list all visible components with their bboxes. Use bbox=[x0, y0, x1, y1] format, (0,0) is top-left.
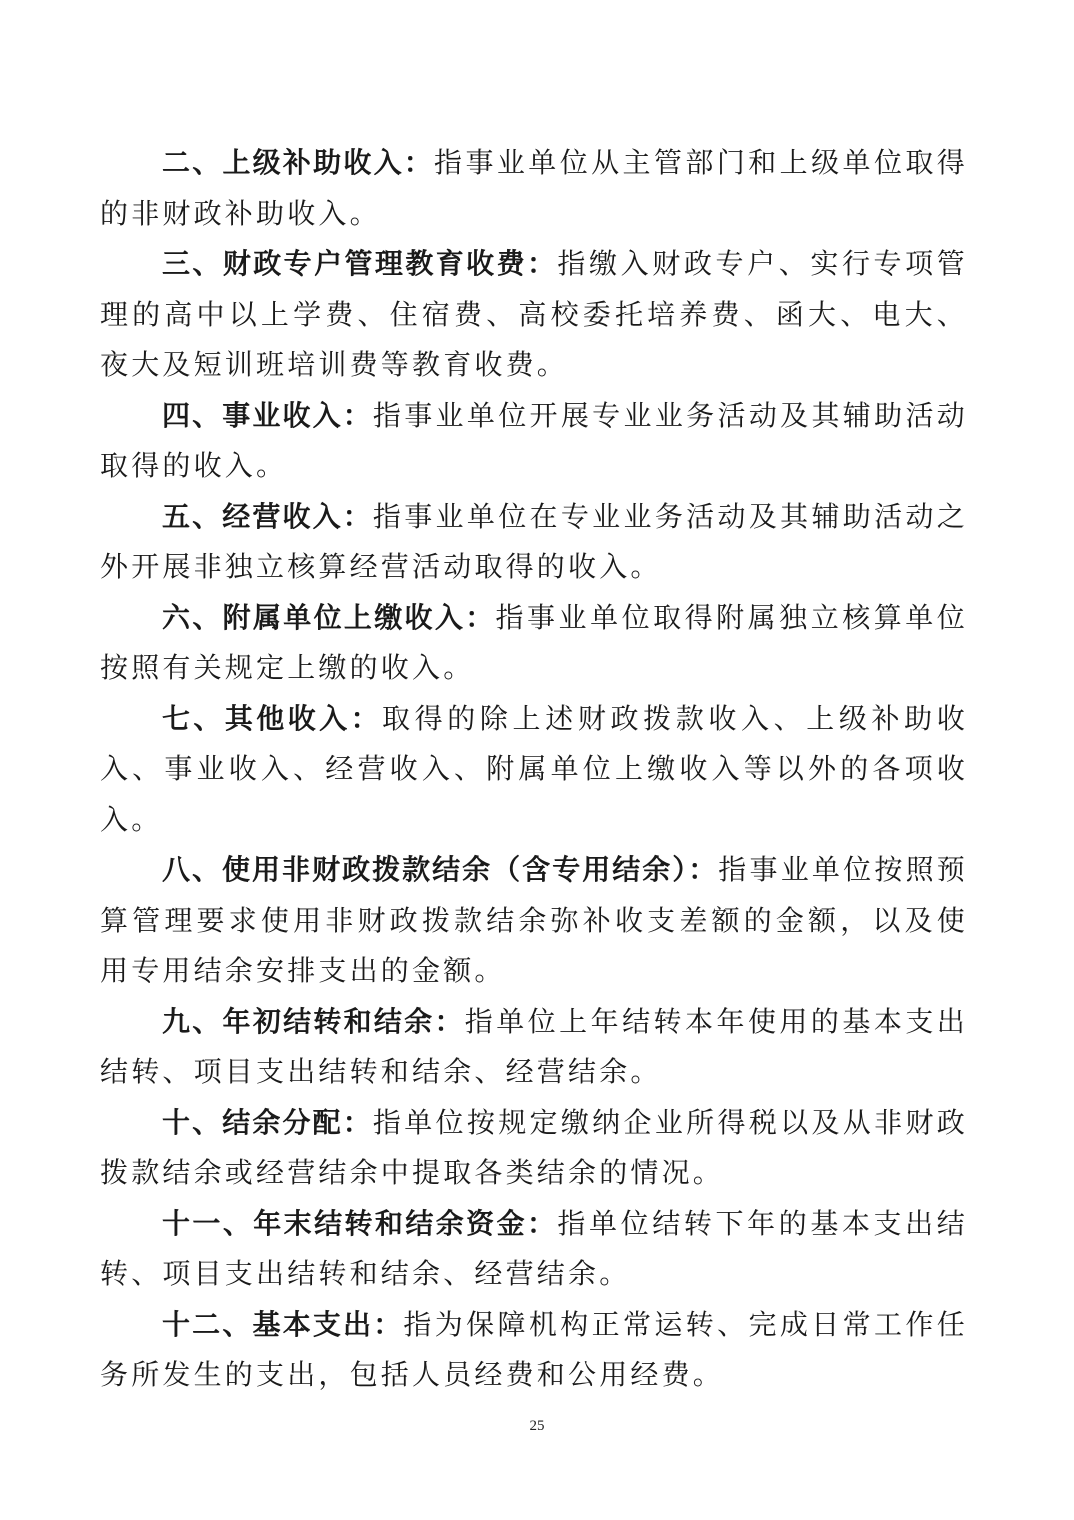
term-heading: 六、附属单位上缴收入： bbox=[162, 601, 496, 634]
definition-paragraph: 七、其他收入：取得的除上述财政拨款收入、上级补助收入、事业收入、经营收入、附属单… bbox=[100, 694, 968, 846]
term-heading: 七、其他收入： bbox=[162, 702, 382, 735]
definition-paragraph: 十二、基本支出：指为保障机构正常运转、完成日常工作任务所发生的支出，包括人员经费… bbox=[100, 1300, 968, 1401]
document-body: 二、上级补助收入：指事业单位从主管部门和上级单位取得的非财政补助收入。 三、财政… bbox=[100, 138, 968, 1401]
term-heading: 九、年初结转和结余： bbox=[162, 1005, 465, 1038]
definition-paragraph: 六、附属单位上缴收入：指事业单位取得附属独立核算单位按照有关规定上缴的收入。 bbox=[100, 593, 968, 694]
definition-paragraph: 五、经营收入：指事业单位在专业业务活动及其辅助活动之外开展非独立核算经营活动取得… bbox=[100, 492, 968, 593]
definition-paragraph: 十一、年末结转和结余资金：指单位结转下年的基本支出结转、项目支出结转和结余、经营… bbox=[100, 1199, 968, 1300]
term-heading: 十二、基本支出： bbox=[162, 1308, 403, 1341]
definition-paragraph: 九、年初结转和结余：指单位上年结转本年使用的基本支出结转、项目支出结转和结余、经… bbox=[100, 997, 968, 1098]
term-heading: 十一、年末结转和结余资金： bbox=[162, 1207, 557, 1240]
definition-paragraph: 三、财政专户管理教育收费：指缴入财政专户、实行专项管理的高中以上学费、住宿费、高… bbox=[100, 239, 968, 391]
term-heading: 三、财政专户管理教育收费： bbox=[162, 247, 557, 280]
document-page: 二、上级补助收入：指事业单位从主管部门和上级单位取得的非财政补助收入。 三、财政… bbox=[0, 0, 1074, 1520]
term-heading: 八、使用非财政拨款结余（含专用结余）： bbox=[162, 853, 718, 886]
term-heading: 二、上级补助收入： bbox=[162, 146, 434, 179]
definition-paragraph: 八、使用非财政拨款结余（含专用结余）：指事业单位按照预算管理要求使用非财政拨款结… bbox=[100, 845, 968, 997]
definition-paragraph: 二、上级补助收入：指事业单位从主管部门和上级单位取得的非财政补助收入。 bbox=[100, 138, 968, 239]
term-heading: 十、结余分配： bbox=[162, 1106, 373, 1139]
page-number: 25 bbox=[0, 1418, 1074, 1435]
definition-paragraph: 十、结余分配：指单位按规定缴纳企业所得税以及从非财政拨款结余或经营结余中提取各类… bbox=[100, 1098, 968, 1199]
term-heading: 五、经营收入： bbox=[162, 500, 373, 533]
term-heading: 四、事业收入： bbox=[162, 399, 373, 432]
definition-paragraph: 四、事业收入：指事业单位开展专业业务活动及其辅助活动取得的收入。 bbox=[100, 391, 968, 492]
